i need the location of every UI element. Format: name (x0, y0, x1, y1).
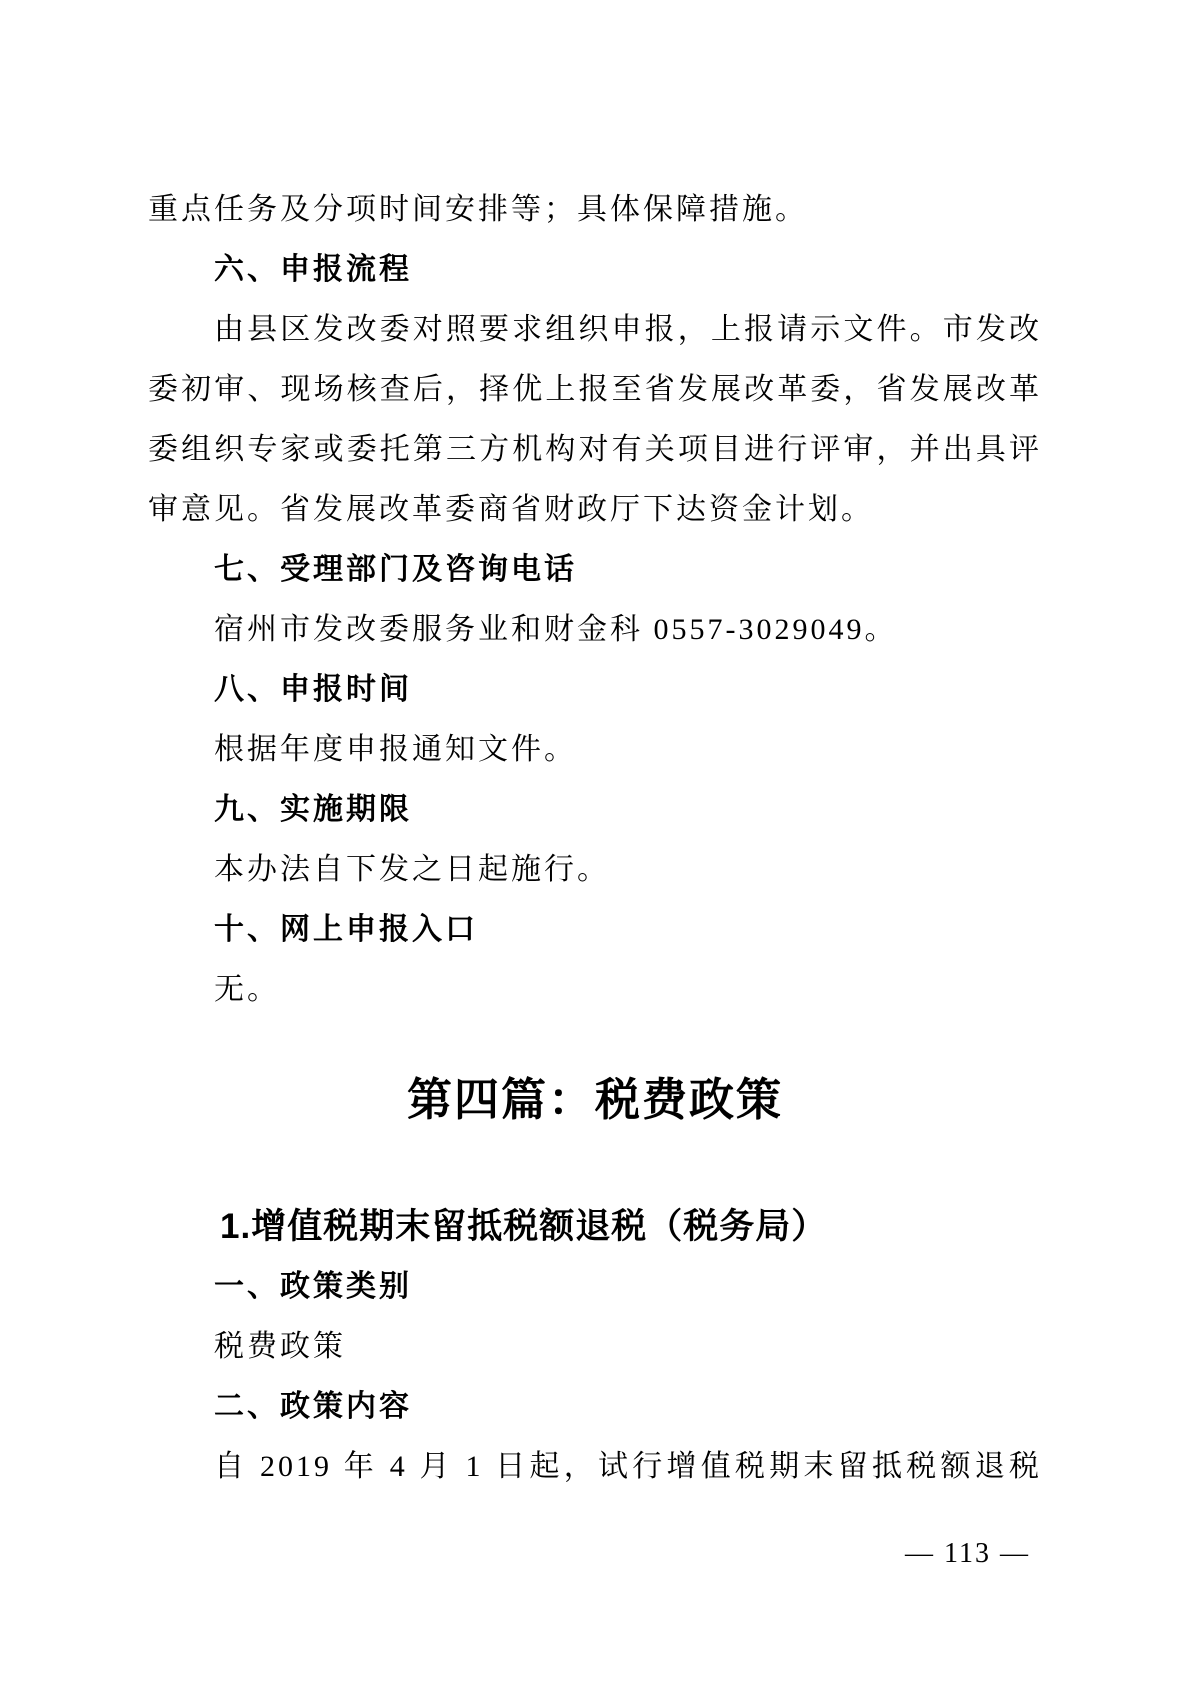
section-6-paragraph-line: 委初审、现场核查后，择优上报至省发展改革委，省发展改革 (148, 360, 1042, 420)
policy-1-section-1-heading: 一、政策类别 (148, 1257, 1042, 1317)
section-8-heading: 八、申报时间 (148, 660, 1042, 720)
section-10-heading: 十、网上申报入口 (148, 900, 1042, 960)
content-upper: 重点任务及分项时间安排等；具体保障措施。 六、申报流程 由县区发改委对照要求组织… (148, 180, 1042, 1020)
policy-1-title: 1.增值税期末留抵税额退税（税务局） (148, 1197, 1042, 1257)
policy-1-section-2-heading: 二、政策内容 (148, 1377, 1042, 1437)
paragraph-continuation-line: 重点任务及分项时间安排等；具体保障措施。 (148, 180, 1042, 240)
section-9-heading: 九、实施期限 (148, 780, 1042, 840)
section-7-heading: 七、受理部门及咨询电话 (148, 540, 1042, 600)
section-6-paragraph-line: 委组织专家或委托第三方机构对有关项目进行评审，并出具评 (148, 420, 1042, 480)
section-10-body: 无。 (148, 960, 1042, 1020)
section-7-body: 宿州市发改委服务业和财金科 0557-3029049。 (148, 600, 1042, 660)
section-6-heading: 六、申报流程 (148, 240, 1042, 300)
policy-1-section-2-first-line: 自 2019 年 4 月 1 日起，试行增值税期末留抵税额退税制度， (148, 1437, 1042, 1497)
content-lower: 1.增值税期末留抵税额退税（税务局） 一、政策类别 税费政策 二、政策内容 自 … (148, 1197, 1042, 1497)
section-8-body: 根据年度申报通知文件。 (148, 720, 1042, 780)
document-page: 重点任务及分项时间安排等；具体保障措施。 六、申报流程 由县区发改委对照要求组织… (0, 0, 1190, 1683)
section-6-paragraph-line: 审意见。省发展改革委商省财政厅下达资金计划。 (148, 480, 1042, 540)
policy-1-section-1-body: 税费政策 (148, 1317, 1042, 1377)
page-number: — 113 — (905, 1530, 1030, 1578)
section-6-paragraph-line: 由县区发改委对照要求组织申报，上报请示文件。市发改 (148, 300, 1042, 360)
part-4-title: 第四篇：税费政策 (148, 1040, 1042, 1160)
section-9-body: 本办法自下发之日起施行。 (148, 840, 1042, 900)
